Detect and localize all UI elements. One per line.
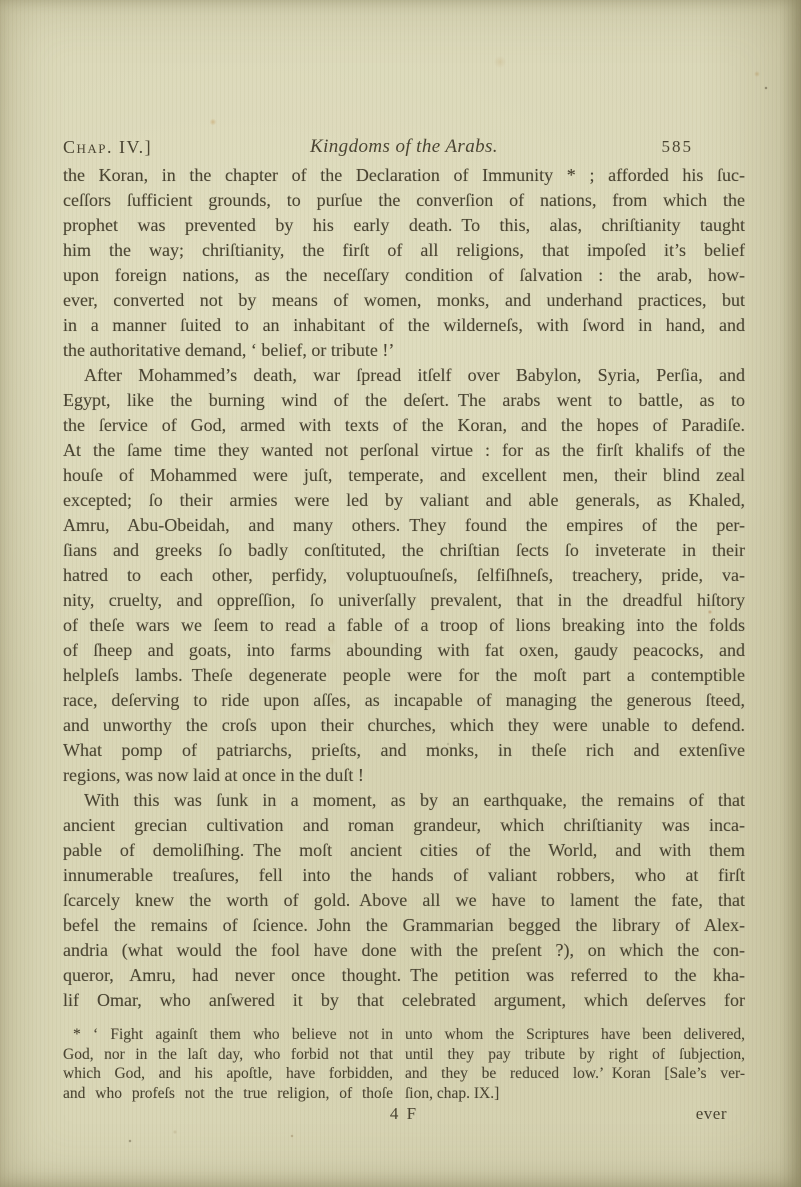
text-line: helpleſs lambs. Theſe degenerate people … [63, 663, 745, 688]
text-line: ceſſors ſufficient grounds, to purſue th… [63, 188, 745, 213]
text-line: Egypt, like the burning wind of the deſe… [63, 388, 745, 413]
text-line: unto whom the Scriptures have been deliv… [405, 1025, 745, 1045]
signature-mark: 4 F [63, 1104, 745, 1124]
text-line: and who profeſs not the true religion, o… [63, 1084, 393, 1104]
body-text: the Koran, in the chapter of the Declara… [63, 163, 745, 1013]
text-line: ſion, chap. IX.] [405, 1084, 745, 1104]
text-line: ever, converted not by means of women, m… [63, 288, 745, 313]
footnote-column-left: * ‘ Fight againſt them who believe not i… [63, 1025, 393, 1103]
running-title: Kingdoms of the Arabs. [63, 136, 745, 158]
text-line: After Mohammed’s death, war ſpread itſel… [63, 363, 745, 388]
page-number: 585 [662, 137, 694, 157]
text-line: in a manner ſuited to an inhabitant of t… [63, 313, 745, 338]
text-line: nity, cruelty, and oppreſſion, ſo univer… [63, 588, 745, 613]
text-line: lif Omar, who anſwered it by that celebr… [63, 988, 745, 1013]
text-line: befel the remains of ſcience. John the G… [63, 913, 745, 938]
text-line: ſcarcely knew the worth of gold. Above a… [63, 888, 745, 913]
text-line: the Koran, in the chapter of the Declara… [63, 163, 745, 188]
text-line: andria (what would the fool have done wi… [63, 938, 745, 963]
text-line: With this was ſunk in a moment, as by an… [63, 788, 745, 813]
text-line: and they be reduced low.’ Koran [Sale’s … [405, 1064, 745, 1084]
text-line: the authoritative demand, ‘ belief, or t… [63, 338, 745, 363]
text-line: until they pay tribute by right of ſubje… [405, 1045, 745, 1065]
text-line: of ſheep and goats, into farms abounding… [63, 638, 745, 663]
text-line: Amru, Abu-Obeidah, and many others. They… [63, 513, 745, 538]
text-line: At the ſame time they wanted not perſona… [63, 438, 745, 463]
text-line: and unworthy the croſs upon their church… [63, 713, 745, 738]
text-line: innumerable treaſures, fell into the han… [63, 863, 745, 888]
footnote-column-right: unto whom the Scriptures have been deliv… [405, 1025, 745, 1103]
text-line: excepted; ſo their armies were led by va… [63, 488, 745, 513]
text-line: race, deſerving to ride upon aſſes, as i… [63, 688, 745, 713]
text-line: which God, and his apoſtle, have forbidd… [63, 1064, 393, 1084]
paragraph: the Koran, in the chapter of the Declara… [63, 163, 745, 363]
paragraph: With this was ſunk in a moment, as by an… [63, 788, 745, 1013]
text-line: queror, Amru, had never once thought. Th… [63, 963, 745, 988]
text-line: * ‘ Fight againſt them who believe not i… [63, 1025, 393, 1045]
text-line: regions, was now laid at once in the duſ… [63, 763, 745, 788]
text-line: him the way; chriſtianity, the firſt of … [63, 238, 745, 263]
catchword: ever [696, 1104, 727, 1124]
paragraph: After Mohammed’s death, war ſpread itſel… [63, 363, 745, 788]
text-line: hatred to each other, perfidy, voluptuou… [63, 563, 745, 588]
text-line: ancient grecian cultivation and roman gr… [63, 813, 745, 838]
running-header: Chap. IV.] Kingdoms of the Arabs. 585 [63, 136, 745, 162]
book-page-scan: Chap. IV.] Kingdoms of the Arabs. 585 th… [0, 0, 801, 1187]
text-line: ſians and greeks ſo badly conſtituted, t… [63, 538, 745, 563]
text-line: What pomp of patriarchs, prieſts, and mo… [63, 738, 745, 763]
signature-row: 4 F ever [63, 1104, 745, 1126]
text-line: prophet was prevented by his early death… [63, 213, 745, 238]
text-line: pable of demoliſhing. The moſt ancient c… [63, 838, 745, 863]
text-line: of theſe wars we ſeem to read a fable of… [63, 613, 745, 638]
text-line: God, nor in the laſt day, who forbid not… [63, 1045, 393, 1065]
text-line: the ſervice of God, armed with texts of … [63, 413, 745, 438]
text-line: upon foreign nations, as the neceſſary c… [63, 263, 745, 288]
text-line: houſe of Mohammed were juſt, temperate, … [63, 463, 745, 488]
